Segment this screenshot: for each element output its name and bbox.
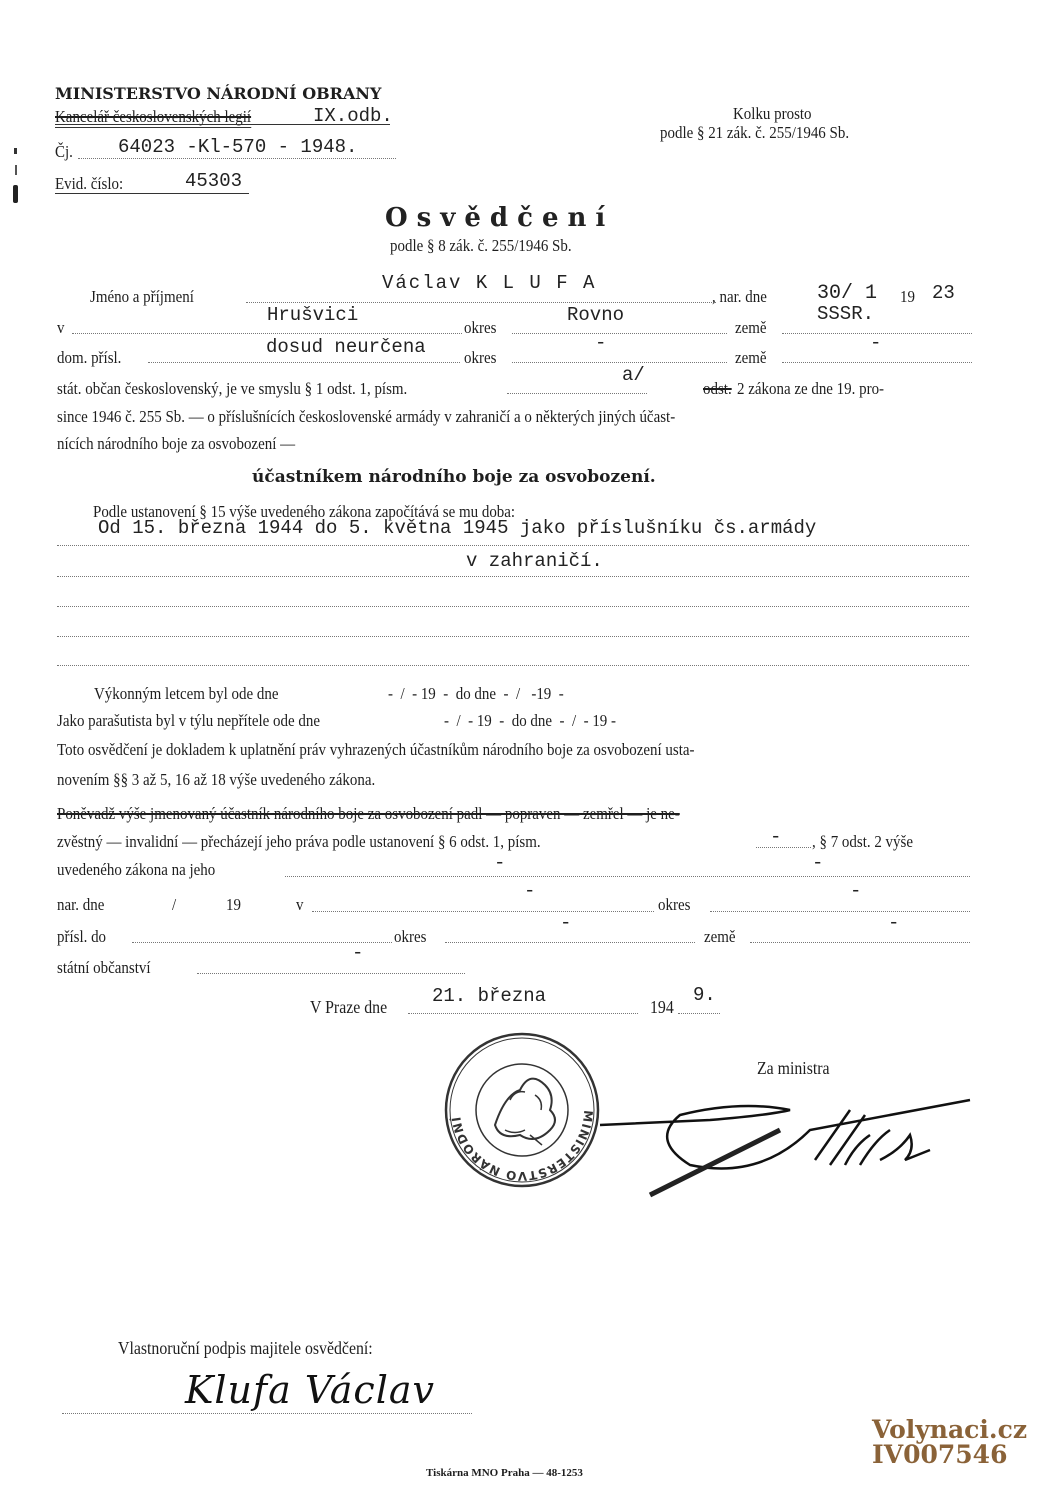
domicile-district-label: okres	[464, 348, 496, 368]
document-subtitle: podle § 8 zák. č. 255/1946 Sb.	[390, 236, 572, 256]
heir-dash: -	[888, 912, 899, 934]
holder-signature-label: Vlastnoruční podpis majitele osvědčení:	[118, 1338, 373, 1359]
domicile-value: dosud neurčena	[266, 336, 426, 358]
born-value: 30/ 1	[817, 282, 877, 305]
date-value: 21. března	[432, 985, 546, 1007]
para1-letter: a/	[622, 364, 645, 386]
domicile-district-value: -	[595, 332, 606, 354]
lion-emblem-icon: MINISTERSTVO NÁRODNÍ OBRANY IX. ODBOR	[440, 1030, 610, 1190]
status-heading: účastníkem národního boje za osvobození.	[252, 467, 656, 487]
stamp-duty-line2: podle § 21 zák. č. 255/1946 Sb.	[660, 123, 849, 143]
since-letter: -	[770, 826, 781, 848]
period-line2: v zahraničí.	[466, 550, 603, 572]
rights-line2: novením §§ 3 až 5, 16 až 18 výše uvedené…	[57, 770, 375, 790]
district-value: Rovno	[567, 304, 624, 326]
heir-dash: -	[560, 912, 571, 934]
para1-line1-a: stát. občan československý, je ve smyslu…	[57, 379, 407, 399]
heir-dash: -	[812, 852, 823, 874]
printer-line: Tiskárna MNO Praha — 48-1253	[426, 1467, 583, 1479]
heir-domicile-district-label: okres	[394, 927, 426, 947]
evid-label: Evid. číslo:	[55, 174, 123, 194]
heir-born-year: 19	[226, 895, 241, 915]
official-signature	[590, 1070, 990, 1200]
heir-dash: -	[524, 880, 535, 902]
ministry-heading: MINISTERSTVO NÁRODNÍ OBRANY	[55, 84, 381, 103]
para1-line3: nících národního boje za osvobození —	[57, 434, 295, 454]
cj-label: Čj.	[55, 142, 73, 162]
district-label: okres	[464, 318, 496, 338]
heir-country-label: země	[704, 927, 736, 947]
watermark-site: Volynaci.cz	[872, 1418, 1027, 1442]
born-year-prefix: 19	[900, 287, 915, 307]
year-suffix: 9.	[693, 984, 716, 1006]
place-label: v	[57, 318, 64, 338]
heir-born-label: nar. dne	[57, 895, 104, 915]
heir-dash: -	[850, 880, 861, 902]
since-line1: Poněvadž výše jmenovaný účastník národní…	[57, 804, 680, 824]
place-date-label: V Praze dne	[310, 997, 387, 1018]
since-line2-end: , § 7 odst. 2 výše	[812, 832, 913, 852]
heir-domicile-label: přísl. do	[57, 927, 106, 947]
domicile-country-label: země	[735, 348, 767, 368]
watermark-id: IV007546	[872, 1443, 1007, 1467]
heir-citizenship-label: státní občanství	[57, 958, 150, 978]
year-prefix: 194	[650, 997, 674, 1018]
heir-dash: -	[352, 942, 363, 964]
since-line3: uvedeného zákona na jeho	[57, 860, 215, 880]
para1-struck: odst.	[703, 379, 732, 399]
margin-mark	[14, 148, 17, 154]
heir-dash: -	[494, 852, 505, 874]
margin-mark	[15, 165, 17, 175]
document-title: Osvědčení	[385, 203, 614, 233]
para1-line1-b: 2 zákona ze dne 19. pro-	[737, 379, 884, 399]
heir-place-label: v	[296, 895, 303, 915]
place-value: Hrušvici	[267, 304, 358, 326]
period-line1: Od 15. března 1944 do 5. května 1945 jak…	[98, 517, 816, 539]
parachutist-values: - / - 19 - do dne - / - 19 -	[444, 711, 616, 731]
born-label: , nar. dne	[712, 287, 767, 307]
pilot-values: - / - 19 - do dne - / -19 -	[388, 684, 564, 704]
cj-value: 64023 -Kl-570 - 1948.	[118, 136, 357, 158]
domicile-country-value: -	[870, 332, 881, 354]
name-value: Václav K L U F A	[382, 272, 596, 294]
name-label: Jméno a příjmení	[90, 287, 194, 307]
official-stamp: MINISTERSTVO NÁRODNÍ OBRANY IX. ODBOR	[440, 1030, 610, 1190]
parachutist-label: Jako parašutista byl v týlu nepřítele od…	[57, 711, 320, 731]
rights-line1: Toto osvědčení je dokladem k uplatnění p…	[57, 740, 694, 760]
country-label: země	[735, 318, 767, 338]
since-line2: zvěstný — invalidní — přecházejí jeho pr…	[57, 832, 541, 852]
stamp-duty-line1: Kolku prosto	[733, 104, 812, 124]
heir-born-slash: /	[172, 895, 176, 915]
evid-value: 45303	[185, 170, 242, 192]
country-value: SSSR.	[817, 303, 874, 325]
margin-mark	[13, 185, 18, 203]
holder-signature: Klufa Václav	[185, 1368, 435, 1412]
para1-line2: since 1946 č. 255 Sb. — o příslušnících …	[57, 407, 675, 427]
pilot-label: Výkonným letcem byl ode dne	[94, 684, 278, 704]
heir-district-label: okres	[658, 895, 690, 915]
born-year: 23	[932, 282, 955, 304]
domicile-label: dom. přísl.	[57, 348, 121, 368]
